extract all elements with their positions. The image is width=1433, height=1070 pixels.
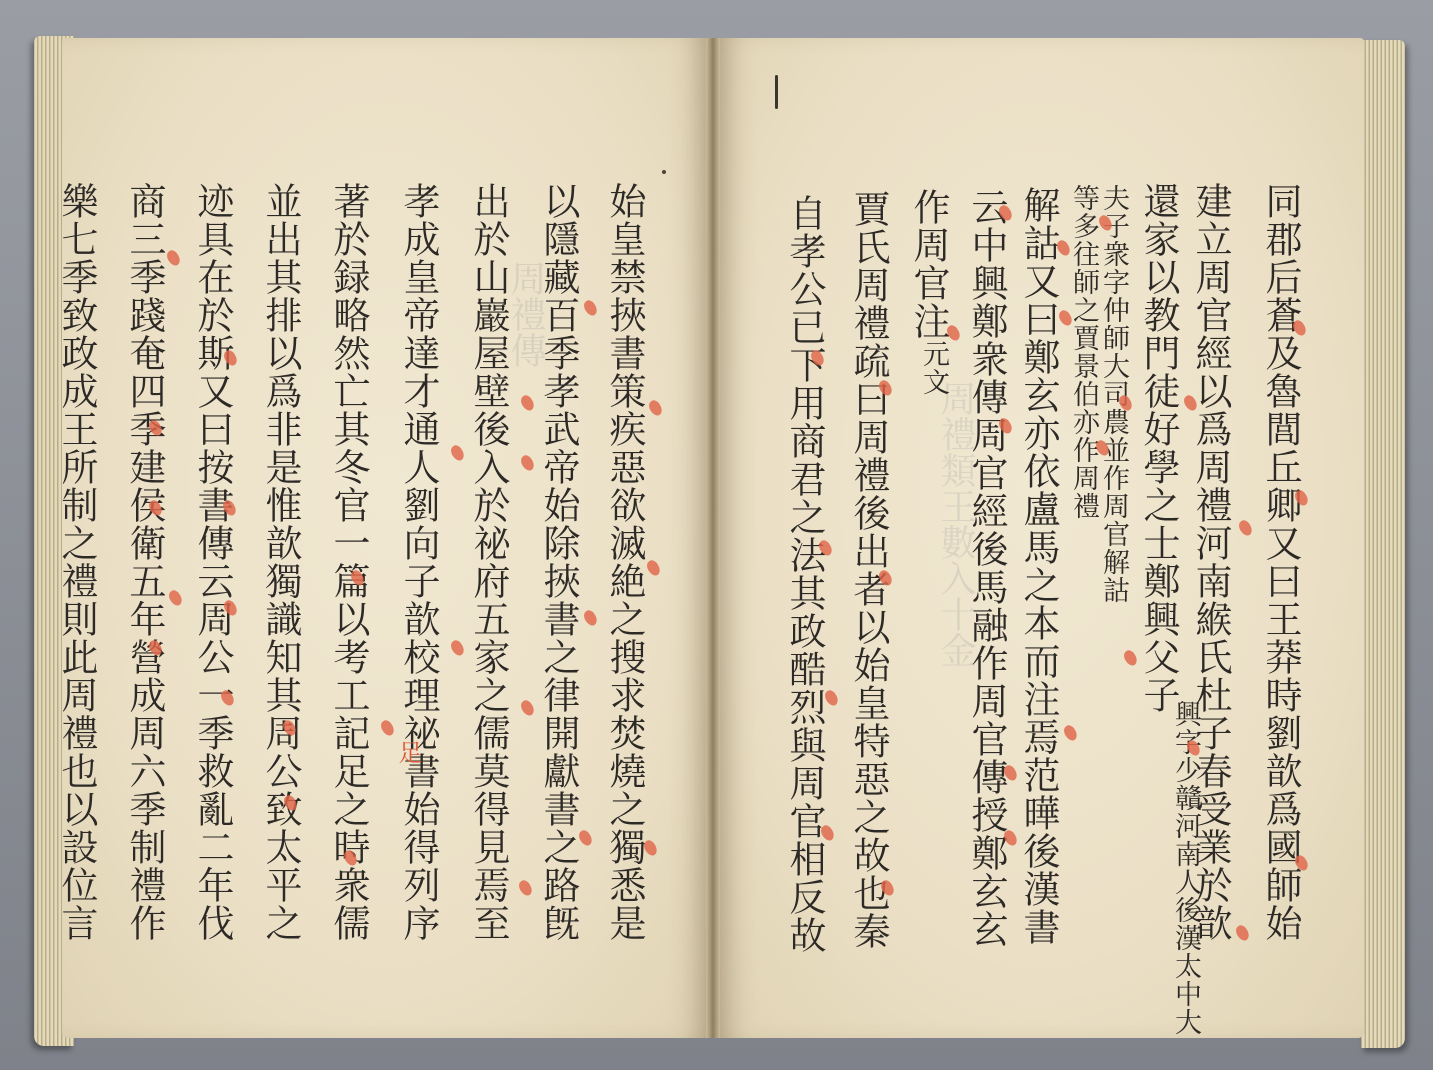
red-marginal-correction: 足 [396,740,420,765]
left-col-7: 迹具在於斯又曰按書傳云周公一季救亂二年伐 [194,182,231,942]
right-col-6: 云中興鄭衆傳周官經後馬融作周官傳授鄭玄玄 [968,188,1005,948]
right-col-4-note-b: 等多往師之賈景伯亦作周禮 [1070,184,1097,520]
folio-tick-mark [775,75,778,109]
left-col-5: 著於録略然亡其冬官一篇以考工記足之時衆儒 [330,182,367,942]
right-col-1: 同郡后蒼及魯閭丘卿又曰王莽時劉歆爲國師始 [1262,182,1299,942]
left-col-8: 商三季踐奄四季建侯衛五年營成周六季制禮作 [126,182,163,942]
left-col-9: 樂七季致政成王所制之禮則此周禮也以設位言 [58,182,95,942]
left-col-1: 始皇禁挾書策疾惡欲滅絶之搜求焚燒之獨悉是 [606,182,643,942]
right-col-7-note: 元文 [920,340,947,396]
left-col-6: 並出其排以爲非是惟歆獨識知其周公致太平之 [262,182,299,942]
ink-dot [662,170,666,174]
right-col-9: 自孝公已下用商君之法其政酷烈與周官相反故 [786,194,823,954]
right-col-5: 解詁又曰鄭玄亦依盧馬之本而注焉范曄後漢書 [1020,186,1057,946]
right-col-3: 還家以教門徒好學之士鄭興父子 [1140,182,1177,714]
left-col-2: 以隱藏百季孝武帝始除挾書之律開獻書之路旣 [540,182,577,942]
left-col-4: 孝成皇帝達才通人劉向子歆校理祕書始得列序 [400,182,437,942]
book-gutter [706,38,720,1038]
left-col-3: 出於山巖屋壁後入於祕府五家之儒莫得見焉至 [470,182,507,942]
right-col-7: 作周官注 [910,188,947,340]
right-page-stack-edge [1361,40,1405,1048]
